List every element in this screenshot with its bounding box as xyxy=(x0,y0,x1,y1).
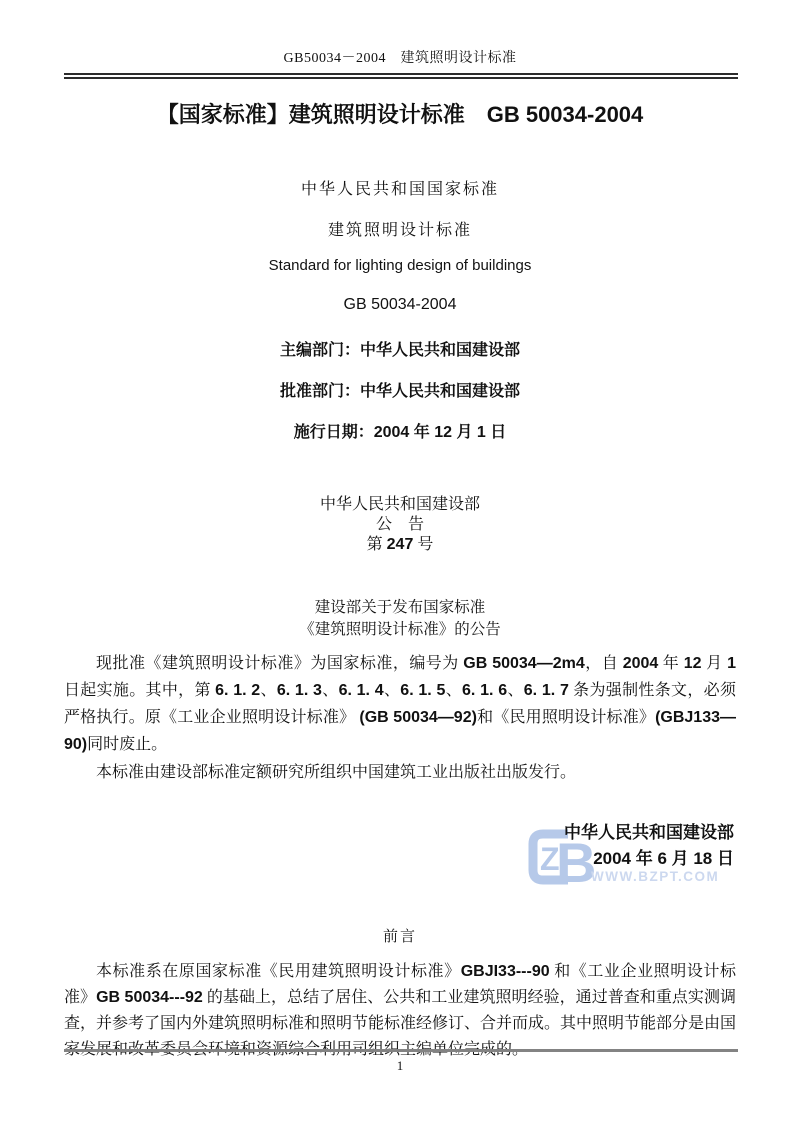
notice-heading: 中华人民共和国建设部 公 告 第 247 号 xyxy=(0,495,800,555)
header-divider xyxy=(64,73,738,79)
signature-block: 中华人民共和国建设部 2004 年 6 月 18 日 xyxy=(564,820,734,872)
approval-department-line: 批准部门：中华人民共和国建设部 xyxy=(0,378,800,401)
document-page: GB50034－2004 建筑照明设计标准 【国家标准】建筑照明设计标准 GB … xyxy=(0,0,800,1133)
preface-heading: 前言 xyxy=(0,925,800,946)
notice-doc-number: 第 247 号 xyxy=(0,535,800,555)
notice-title-line2: 《建筑照明设计标准》的公告 xyxy=(0,619,800,641)
preface-paragraph: 本标准系在原国家标准《民用建筑照明设计标准》GBJI33---90 和《工业企业… xyxy=(64,959,736,1063)
chief-department-line: 主编部门：中华人民共和国建设部 xyxy=(0,337,800,360)
page-number: 1 xyxy=(0,1058,800,1074)
standard-name-en: Standard for lighting design of building… xyxy=(0,257,800,274)
notice-org: 中华人民共和国建设部 xyxy=(0,495,800,515)
national-standard-label: 中华人民共和国国家标准 xyxy=(0,176,800,199)
notice-doc-type: 公 告 xyxy=(0,515,800,535)
notice-title: 建设部关于发布国家标准 《建筑照明设计标准》的公告 xyxy=(0,597,800,641)
signature-org: 中华人民共和国建设部 xyxy=(564,820,734,846)
effective-date-line: 施行日期：2004 年 12 月 1 日 xyxy=(0,419,800,442)
page-title: 【国家标准】建筑照明设计标准 GB 50034-2004 xyxy=(0,98,800,129)
running-header: GB50034－2004 建筑照明设计标准 xyxy=(0,47,800,67)
notice-title-line1: 建设部关于发布国家标准 xyxy=(0,597,800,619)
publisher-line: 本标准由建设部标准定额研究所组织中国建筑工业出版社出版发行。 xyxy=(64,761,736,785)
signature-date: 2004 年 6 月 18 日 xyxy=(564,846,734,872)
notice-body-paragraph: 现批准《建筑照明设计标准》为国家标准，编号为 GB 50034—2m4，自 20… xyxy=(64,650,736,758)
footer-divider xyxy=(64,1049,738,1052)
standard-code: GB 50034-2004 xyxy=(0,296,800,314)
standard-name-cn: 建筑照明设计标准 xyxy=(0,217,800,240)
